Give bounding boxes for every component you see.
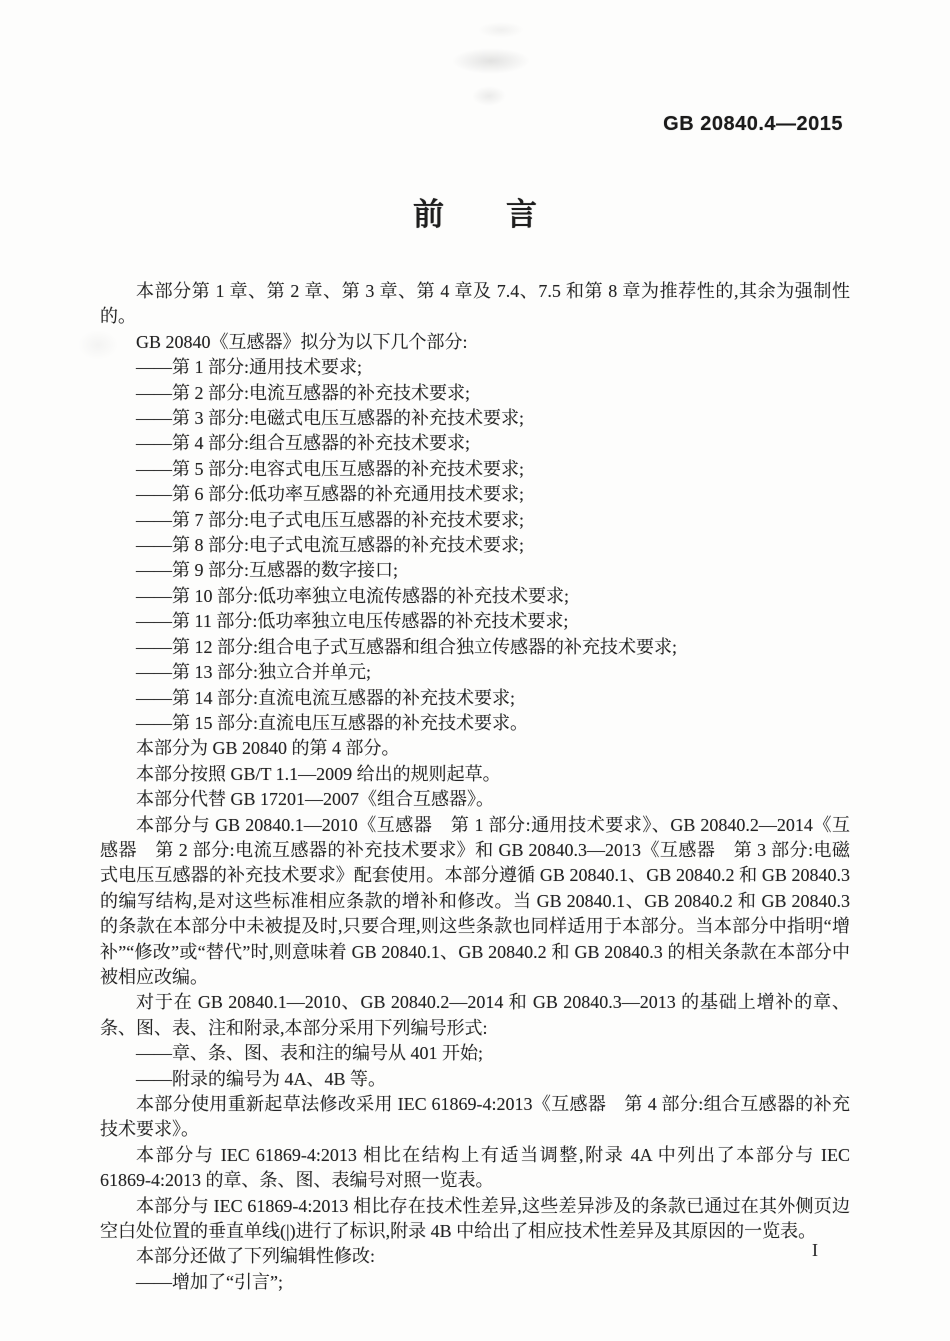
list-item: ——第 10 部分:低功率独立电流传感器的补充技术要求; bbox=[100, 584, 850, 609]
page-title: 前 言 bbox=[0, 189, 950, 234]
paragraph: 本部分与 IEC 61869-4:2013 相比在结构上有适当调整,附录 4A … bbox=[100, 1143, 850, 1194]
list-item: ——第 13 部分:独立合并单元; bbox=[100, 660, 850, 685]
paragraph: 本部分第 1 章、第 2 章、第 3 章、第 4 章及 7.4、7.5 和第 8… bbox=[100, 279, 850, 330]
list-item: ——附录的编号为 4A、4B 等。 bbox=[100, 1067, 850, 1092]
list-item: ——第 3 部分:电磁式电压互感器的补充技术要求; bbox=[100, 406, 850, 431]
paragraph: 本部分与 IEC 61869-4:2013 相比存在技术性差异,这些差异涉及的条… bbox=[100, 1194, 850, 1245]
list-item: ——第 12 部分:组合电子式互感器和组合独立传感器的补充技术要求; bbox=[100, 635, 850, 660]
list-item: ——第 2 部分:电流互感器的补充技术要求; bbox=[100, 381, 850, 406]
paragraph: 本部分为 GB 20840 的第 4 部分。 bbox=[100, 736, 850, 761]
page-number: I bbox=[812, 1240, 818, 1261]
document-body: 本部分第 1 章、第 2 章、第 3 章、第 4 章及 7.4、7.5 和第 8… bbox=[100, 279, 850, 1295]
document-page: GB 20840.4—2015 前 言 本部分第 1 章、第 2 章、第 3 章… bbox=[0, 0, 950, 1341]
standard-number-header: GB 20840.4—2015 bbox=[663, 113, 843, 136]
paragraph: 本部分按照 GB/T 1.1—2009 给出的规则起草。 bbox=[100, 762, 850, 787]
list-item: ——第 7 部分:电子式电压互感器的补充技术要求; bbox=[100, 508, 850, 533]
list-item: ——第 9 部分:互感器的数字接口; bbox=[100, 558, 850, 583]
list-item: ——第 8 部分:电子式电流互感器的补充技术要求; bbox=[100, 533, 850, 558]
scan-smudge bbox=[452, 48, 530, 74]
list-item: ——增加了“引言”; bbox=[100, 1270, 850, 1295]
paragraph: 对于在 GB 20840.1—2010、GB 20840.2—2014 和 GB… bbox=[100, 990, 850, 1041]
scan-smudge bbox=[472, 86, 506, 106]
paragraph: GB 20840《互感器》拟分为以下几个部分: bbox=[100, 330, 850, 355]
list-item: ——第 1 部分:通用技术要求; bbox=[100, 355, 850, 380]
paragraph: 本部分代替 GB 17201—2007《组合互感器》。 bbox=[100, 787, 850, 812]
list-item: ——第 6 部分:低功率互感器的补充通用技术要求; bbox=[100, 482, 850, 507]
paragraph: 本部分与 GB 20840.1—2010《互感器 第 1 部分:通用技术要求》、… bbox=[100, 813, 850, 991]
paragraph: 本部分还做了下列编辑性修改: bbox=[100, 1244, 850, 1269]
list-item: ——第 11 部分:低功率独立电压传感器的补充技术要求; bbox=[100, 609, 850, 634]
list-item: ——第 15 部分:直流电压互感器的补充技术要求。 bbox=[100, 711, 850, 736]
list-item: ——第 5 部分:电容式电压互感器的补充技术要求; bbox=[100, 457, 850, 482]
scan-smudge bbox=[478, 22, 524, 38]
list-item: ——章、条、图、表和注的编号从 401 开始; bbox=[100, 1041, 850, 1066]
paragraph: 本部分使用重新起草法修改采用 IEC 61869-4:2013《互感器 第 4 … bbox=[100, 1092, 850, 1143]
list-item: ——第 4 部分:组合互感器的补充技术要求; bbox=[100, 431, 850, 456]
list-item: ——第 14 部分:直流电流互感器的补充技术要求; bbox=[100, 686, 850, 711]
